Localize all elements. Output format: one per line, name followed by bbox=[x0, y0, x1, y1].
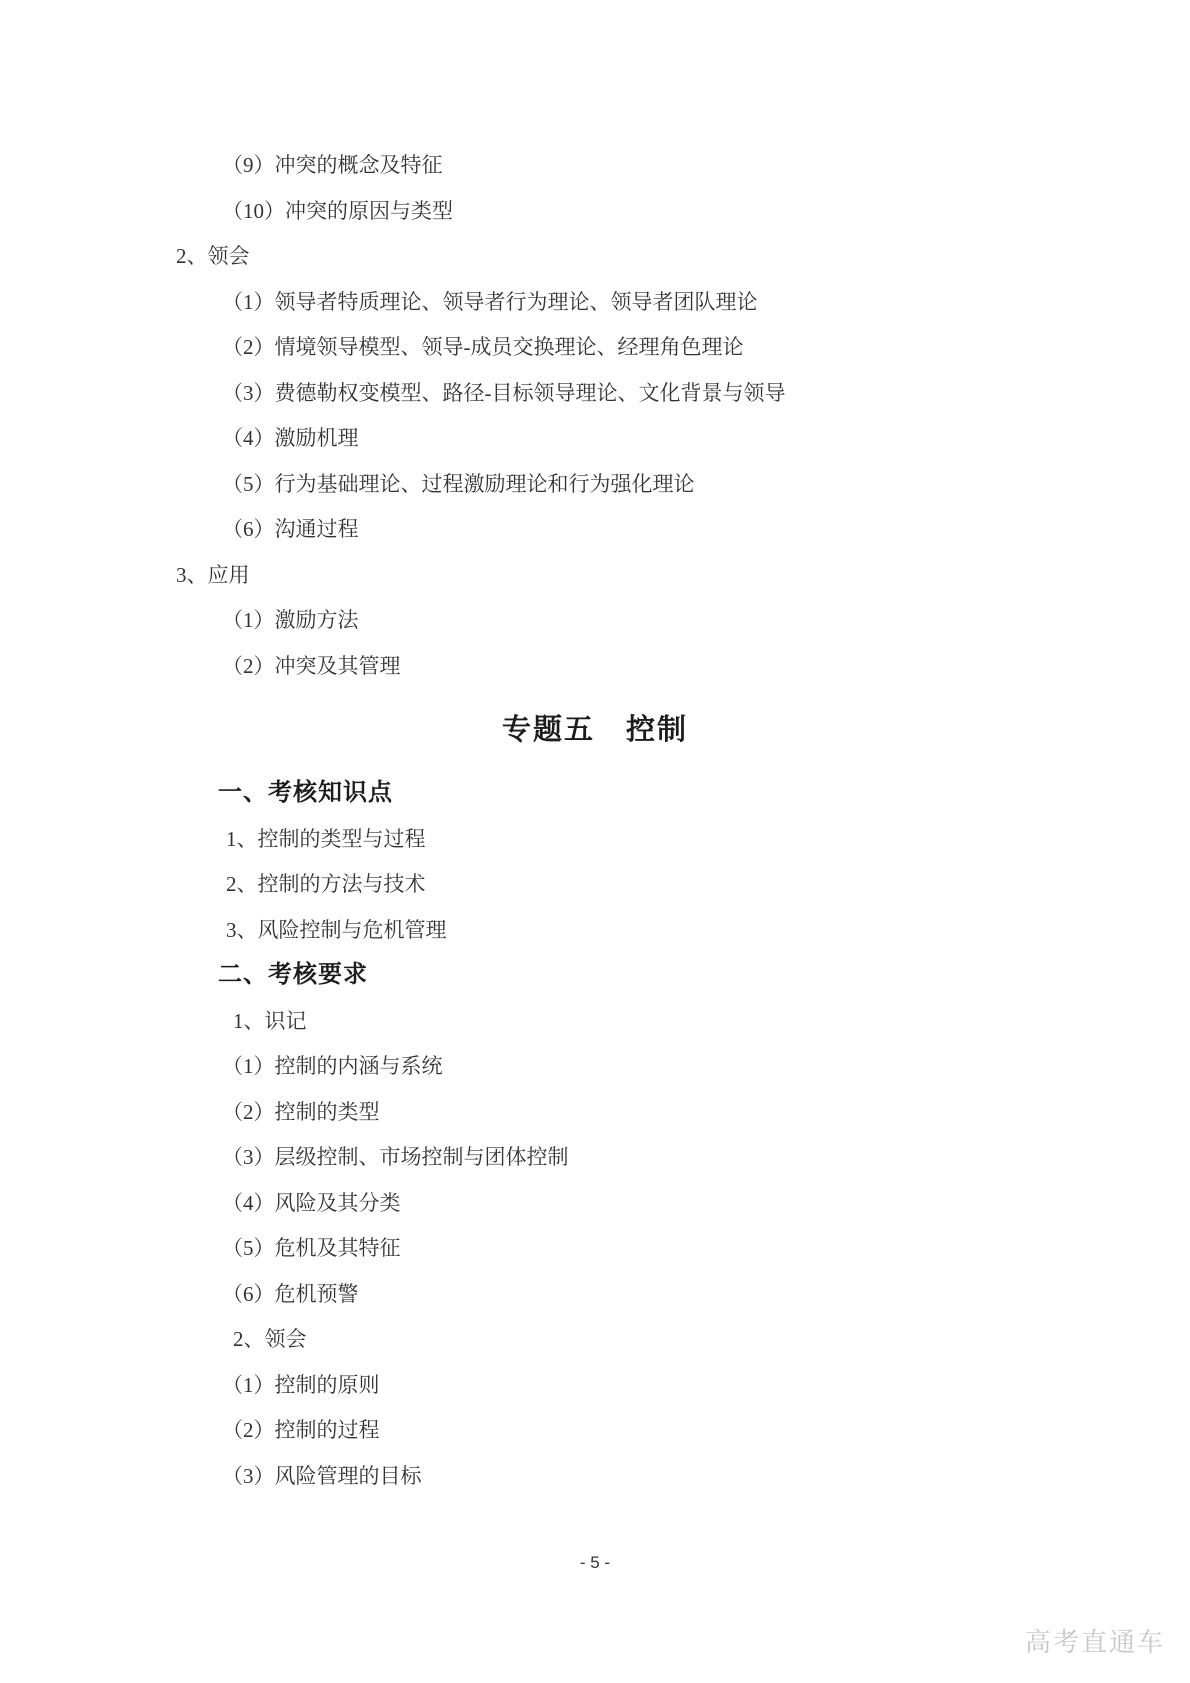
outline-item: （2）控制的类型 bbox=[0, 1090, 1190, 1136]
outline-item: （1）领导者特质理论、领导者行为理论、领导者团队理论 bbox=[0, 280, 1190, 326]
document-body: （9）冲突的概念及特征（10）冲突的原因与类型2、领会（1）领导者特质理论、领导… bbox=[0, 143, 1190, 1499]
outline-item: （1）控制的内涵与系统 bbox=[0, 1044, 1190, 1090]
outline-item: （5）危机及其特征 bbox=[0, 1226, 1190, 1272]
outline-item: （6）沟通过程 bbox=[0, 507, 1190, 553]
outline-item: 2、控制的方法与技术 bbox=[0, 862, 1190, 908]
outline-item: （3）风险管理的目标 bbox=[0, 1454, 1190, 1500]
outline-item: （2）情境领导模型、领导-成员交换理论、经理角色理论 bbox=[0, 325, 1190, 371]
outline-item: （1）控制的原则 bbox=[0, 1363, 1190, 1409]
watermark: 高考直通车 bbox=[1025, 1622, 1165, 1659]
outline-item: （4）风险及其分类 bbox=[0, 1181, 1190, 1227]
outline-item: 3、风险控制与危机管理 bbox=[0, 908, 1190, 954]
outline-item: （5）行为基础理论、过程激励理论和行为强化理论 bbox=[0, 462, 1190, 508]
outline-item: （3）层级控制、市场控制与团体控制 bbox=[0, 1135, 1190, 1181]
outline-item: 1、控制的类型与过程 bbox=[0, 817, 1190, 863]
outline-item: （9）冲突的概念及特征 bbox=[0, 143, 1190, 189]
outline-item: （10）冲突的原因与类型 bbox=[0, 189, 1190, 235]
outline-item: 2、领会 bbox=[0, 1317, 1190, 1363]
section-heading: 一、考核知识点 bbox=[0, 771, 1190, 817]
chapter-title: 专题五 控制 bbox=[0, 689, 1190, 771]
page-number: - 5 - bbox=[0, 1553, 1190, 1573]
outline-item: （6）危机预警 bbox=[0, 1272, 1190, 1318]
section-heading: 二、考核要求 bbox=[0, 953, 1190, 999]
outline-item: （3）费德勒权变模型、路径-目标领导理论、文化背景与领导 bbox=[0, 371, 1190, 417]
outline-item: （2）控制的过程 bbox=[0, 1408, 1190, 1454]
outline-item: 1、识记 bbox=[0, 999, 1190, 1045]
outline-item: 2、领会 bbox=[0, 234, 1190, 280]
outline-item: （1）激励方法 bbox=[0, 598, 1190, 644]
outline-item: 3、应用 bbox=[0, 553, 1190, 599]
document-page: （9）冲突的概念及特征（10）冲突的原因与类型2、领会（1）领导者特质理论、领导… bbox=[0, 0, 1190, 1683]
outline-item: （2）冲突及其管理 bbox=[0, 644, 1190, 690]
outline-item: （4）激励机理 bbox=[0, 416, 1190, 462]
